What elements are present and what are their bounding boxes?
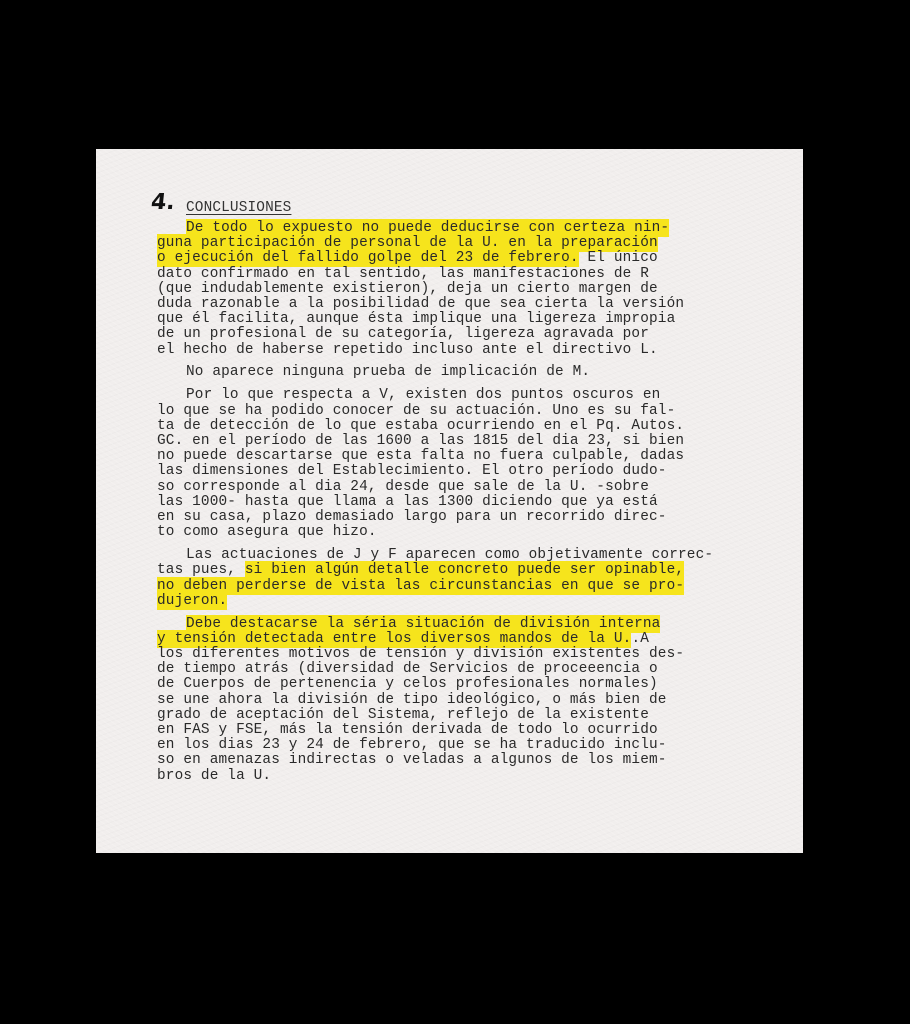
body-text: de tiempo atrás (diversidad de Servicios… bbox=[157, 661, 658, 677]
text-line: en su casa, plazo demasiado largo para u… bbox=[157, 510, 757, 525]
body-text: .A bbox=[631, 631, 649, 647]
body-text: GC. en el período de las 1600 a las 1815… bbox=[157, 433, 684, 449]
document-page: 4. CONCLUSIONES De todo lo expuesto no p… bbox=[96, 149, 803, 853]
body-text: de Cuerpos de pertenencia y celos profes… bbox=[157, 676, 658, 692]
body-text: lo que se ha podido conocer de su actuac… bbox=[157, 403, 675, 419]
paragraphs: De todo lo expuesto no puede deducirse c… bbox=[157, 221, 757, 784]
body-text: los diferentes motivos de tensión y divi… bbox=[157, 646, 684, 662]
body-text: dato confirmado en tal sentido, las mani… bbox=[157, 266, 649, 282]
text-line: No aparece ninguna prueba de implicación… bbox=[157, 365, 757, 380]
section-heading: 4. CONCLUSIONES bbox=[157, 199, 757, 221]
text-line: bros de la U. bbox=[157, 769, 757, 784]
document-body: 4. CONCLUSIONES De todo lo expuesto no p… bbox=[157, 199, 757, 792]
body-text: las 1000- hasta que llama a las 1300 dic… bbox=[157, 494, 658, 510]
paragraph: De todo lo expuesto no puede deducirse c… bbox=[157, 221, 757, 358]
body-text: el hecho de haberse repetido incluso ant… bbox=[157, 342, 658, 358]
paragraph: Las actuaciones de J y F aparecen como o… bbox=[157, 548, 757, 609]
body-text: las dimensiones del Establecimiento. El … bbox=[157, 463, 667, 479]
text-line: so corresponde al dia 24, desde que sale… bbox=[157, 480, 757, 495]
body-text: en los dias 23 y 24 de febrero, que se h… bbox=[157, 737, 667, 753]
paragraph: Por lo que respecta a V, existen dos pun… bbox=[157, 388, 757, 540]
text-line: el hecho de haberse repetido incluso ant… bbox=[157, 343, 757, 358]
text-line: lo que se ha podido conocer de su actuac… bbox=[157, 404, 757, 419]
body-text: duda razonable a la posibilidad de que s… bbox=[157, 296, 684, 312]
text-line: las 1000- hasta que llama a las 1300 dic… bbox=[157, 495, 757, 510]
body-text: (que indudablemente existieron), deja un… bbox=[157, 281, 658, 297]
body-text: to como asegura que hizo. bbox=[157, 524, 377, 540]
text-line: (que indudablemente existieron), deja un… bbox=[157, 282, 757, 297]
body-text: se une ahora la división de tipo ideológ… bbox=[157, 692, 667, 708]
body-text: tas pues, bbox=[157, 562, 245, 578]
text-line: y tensión detectada entre los diversos m… bbox=[157, 632, 757, 647]
text-line: no puede descartarse que esta falta no f… bbox=[157, 449, 757, 464]
text-line: no deben perderse de vista las circunsta… bbox=[157, 579, 757, 594]
body-text: grado de aceptación del Sistema, reflejo… bbox=[157, 707, 649, 723]
body-text: Por lo que respecta a V, existen dos pun… bbox=[186, 387, 660, 403]
text-line: so en amenazas indirectas o veladas a al… bbox=[157, 753, 757, 768]
text-line: en FAS y FSE, más la tensión derivada de… bbox=[157, 723, 757, 738]
body-text: so en amenazas indirectas o veladas a al… bbox=[157, 752, 667, 768]
text-line: to como asegura que hizo. bbox=[157, 525, 757, 540]
text-line: GC. en el período de las 1600 a las 1815… bbox=[157, 434, 757, 449]
text-line: de Cuerpos de pertenencia y celos profes… bbox=[157, 677, 757, 692]
body-text: ta de detección de lo que estaba ocurrie… bbox=[157, 418, 684, 434]
text-line: las dimensiones del Establecimiento. El … bbox=[157, 464, 757, 479]
text-line: duda razonable a la posibilidad de que s… bbox=[157, 297, 757, 312]
body-text: No aparece ninguna prueba de implicación… bbox=[186, 364, 590, 380]
section-number: 4. bbox=[150, 195, 176, 210]
highlighted-text: no deben perderse de vista las circunsta… bbox=[157, 577, 684, 595]
text-line: dato confirmado en tal sentido, las mani… bbox=[157, 267, 757, 282]
text-line: de un profesional de su categoría, liger… bbox=[157, 327, 757, 342]
body-text: en su casa, plazo demasiado largo para u… bbox=[157, 509, 667, 525]
text-line: los diferentes motivos de tensión y divi… bbox=[157, 647, 757, 662]
body-text: no puede descartarse que esta falta no f… bbox=[157, 448, 684, 464]
body-text: que él facilita, aunque ésta implique un… bbox=[157, 311, 675, 327]
text-line: en los dias 23 y 24 de febrero, que se h… bbox=[157, 738, 757, 753]
text-line: grado de aceptación del Sistema, reflejo… bbox=[157, 708, 757, 723]
text-line: de tiempo atrás (diversidad de Servicios… bbox=[157, 662, 757, 677]
text-line: que él facilita, aunque ésta implique un… bbox=[157, 312, 757, 327]
body-text: El único bbox=[579, 250, 658, 266]
body-text: en FAS y FSE, más la tensión derivada de… bbox=[157, 722, 658, 738]
paragraph: No aparece ninguna prueba de implicación… bbox=[157, 365, 757, 380]
text-line: dujeron. bbox=[157, 594, 757, 609]
text-line: ta de detección de lo que estaba ocurrie… bbox=[157, 419, 757, 434]
paragraph: Debe destacarse la séria situación de di… bbox=[157, 617, 757, 784]
body-text: bros de la U. bbox=[157, 768, 271, 784]
text-line: o ejecución del fallido golpe del 23 de … bbox=[157, 251, 757, 266]
highlighted-text: dujeron. bbox=[157, 592, 227, 610]
text-line: se une ahora la división de tipo ideológ… bbox=[157, 693, 757, 708]
text-line: Por lo que respecta a V, existen dos pun… bbox=[157, 388, 757, 403]
body-text: de un profesional de su categoría, liger… bbox=[157, 326, 649, 342]
body-text: so corresponde al dia 24, desde que sale… bbox=[157, 479, 649, 495]
section-title: CONCLUSIONES bbox=[186, 201, 291, 216]
